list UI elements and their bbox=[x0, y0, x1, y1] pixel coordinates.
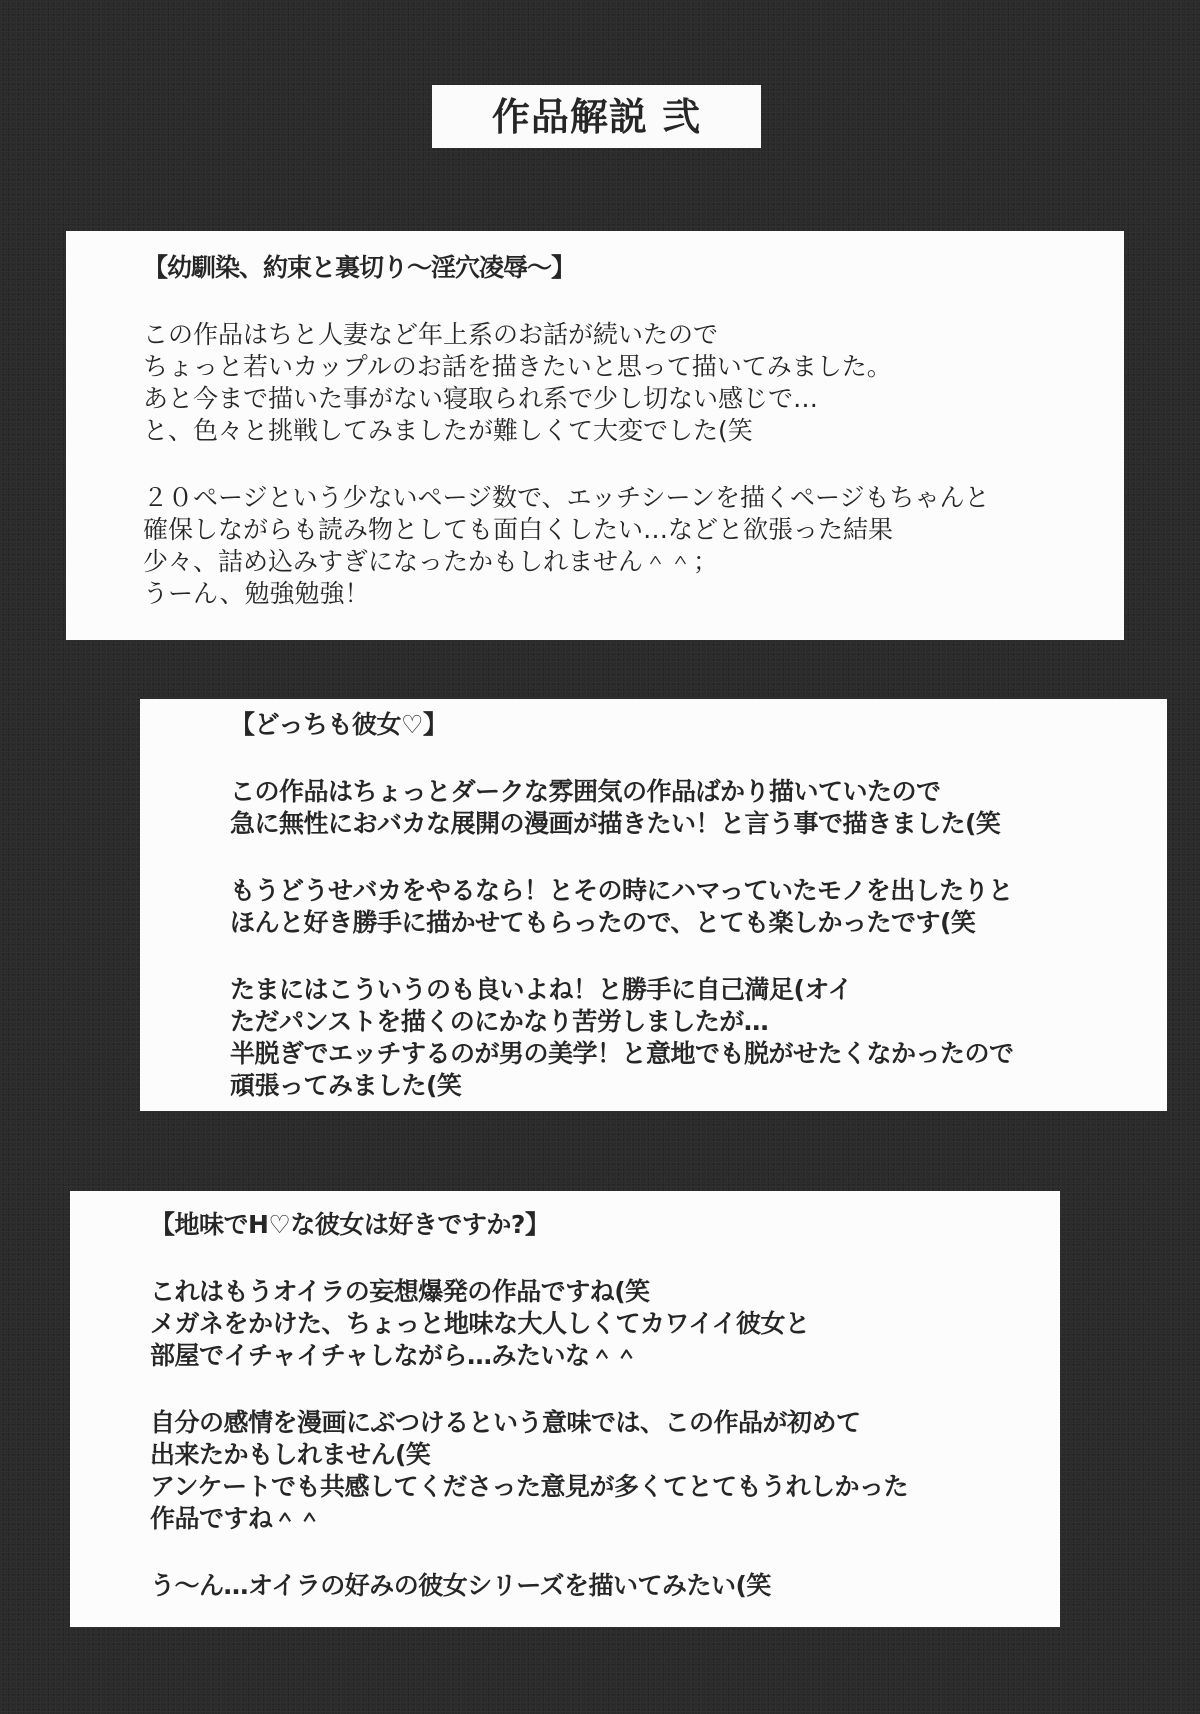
text-line: この作品はちょっとダークな雰囲気の作品ばかり描いていたので bbox=[230, 776, 1167, 808]
text-line: たまにはこういうのも良いよね！と勝手に自己満足(オイ bbox=[230, 974, 1167, 1006]
paragraph: もうどうせバカをやるなら！とその時にハマっていたモノを出したりと ほんと好き勝手… bbox=[230, 875, 1167, 939]
text-line: ２０ページという少ないページ数で、エッチシーンを描くページもちゃんと bbox=[143, 482, 1124, 514]
text-line: 自分の感情を漫画にぶつけるという意味では、この作品が初めて bbox=[150, 1407, 1060, 1439]
text-line: 出来たかもしれません(笑 bbox=[150, 1439, 1060, 1471]
text-line: うーん、勉強勉強！ bbox=[143, 578, 1124, 610]
text-line: ほんと好き勝手に描かせてもらったので、とても楽しかったです(笑 bbox=[230, 907, 1167, 939]
text-line: 確保しながらも読み物としても面白くしたい…などと欲張った結果 bbox=[143, 514, 1124, 546]
page-title: 作品解説 弐 bbox=[492, 98, 701, 136]
panel-heading: 【どっちも彼女♡】 bbox=[230, 709, 1167, 741]
paragraph: これはもうオイラの妄想爆発の作品ですね(笑 メガネをかけた、ちょっと地味な大人し… bbox=[150, 1276, 1060, 1372]
panel-heading: 【地味でH♡な彼女は好きですか?】 bbox=[150, 1209, 1060, 1241]
text-line: 部屋でイチャイチャしながら…みたいな＾＾ bbox=[150, 1340, 1060, 1372]
text-line: ただパンストを描くのにかなり苦労しましたが… bbox=[230, 1006, 1167, 1038]
text-line: と、色々と挑戦してみましたが難しくて大変でした(笑 bbox=[143, 415, 1124, 447]
text-line: アンケートでも共感してくださった意見が多くてとてもうれしかった bbox=[150, 1471, 1060, 1503]
paragraph: たまにはこういうのも良いよね！と勝手に自己満足(オイ ただパンストを描くのにかな… bbox=[230, 974, 1167, 1102]
paragraph: ２０ページという少ないページ数で、エッチシーンを描くページもちゃんと 確保しなが… bbox=[143, 482, 1124, 610]
title-banner: 作品解説 弐 bbox=[432, 85, 761, 148]
text-line: 少々、詰め込みすぎになったかもしれません＾＾； bbox=[143, 546, 1124, 578]
text-line: メガネをかけた、ちょっと地味な大人しくてカワイイ彼女と bbox=[150, 1308, 1060, 1340]
paragraph: この作品はちと人妻など年上系のお話が続いたので ちょっと若いカップルのお話を描き… bbox=[143, 319, 1124, 447]
commentary-panel-3: 【地味でH♡な彼女は好きですか?】 これはもうオイラの妄想爆発の作品ですね(笑 … bbox=[70, 1191, 1060, 1627]
paragraph: 自分の感情を漫画にぶつけるという意味では、この作品が初めて 出来たかもしれません… bbox=[150, 1407, 1060, 1535]
commentary-panel-1: 【幼馴染、約束と裏切り～淫穴凌辱～】 この作品はちと人妻など年上系のお話が続いた… bbox=[66, 231, 1124, 640]
text-line: う〜ん…オイラの好みの彼女シリーズを描いてみたい(笑 bbox=[150, 1570, 1060, 1602]
text-line: 作品ですね＾＾ bbox=[150, 1503, 1060, 1535]
text-line: これはもうオイラの妄想爆発の作品ですね(笑 bbox=[150, 1276, 1060, 1308]
page: 作品解説 弐 【幼馴染、約束と裏切り～淫穴凌辱～】 この作品はちと人妻など年上系… bbox=[0, 0, 1200, 1714]
paragraph: う〜ん…オイラの好みの彼女シリーズを描いてみたい(笑 bbox=[150, 1570, 1060, 1602]
text-line: もうどうせバカをやるなら！とその時にハマっていたモノを出したりと bbox=[230, 875, 1167, 907]
text-line: あと今まで描いた事がない寝取られ系で少し切ない感じで… bbox=[143, 383, 1124, 415]
text-line: ちょっと若いカップルのお話を描きたいと思って描いてみました。 bbox=[143, 351, 1124, 383]
panel-heading: 【幼馴染、約束と裏切り～淫穴凌辱～】 bbox=[143, 252, 1124, 284]
commentary-panel-2: 【どっちも彼女♡】 この作品はちょっとダークな雰囲気の作品ばかり描いていたので … bbox=[140, 699, 1167, 1111]
text-line: この作品はちと人妻など年上系のお話が続いたので bbox=[143, 319, 1124, 351]
text-line: 頑張ってみました(笑 bbox=[230, 1070, 1167, 1102]
paragraph: この作品はちょっとダークな雰囲気の作品ばかり描いていたので 急に無性におバカな展… bbox=[230, 776, 1167, 840]
text-line: 半脱ぎでエッチするのが男の美学！と意地でも脱がせたくなかったので bbox=[230, 1038, 1167, 1070]
text-line: 急に無性におバカな展開の漫画が描きたい！と言う事で描きました(笑 bbox=[230, 808, 1167, 840]
